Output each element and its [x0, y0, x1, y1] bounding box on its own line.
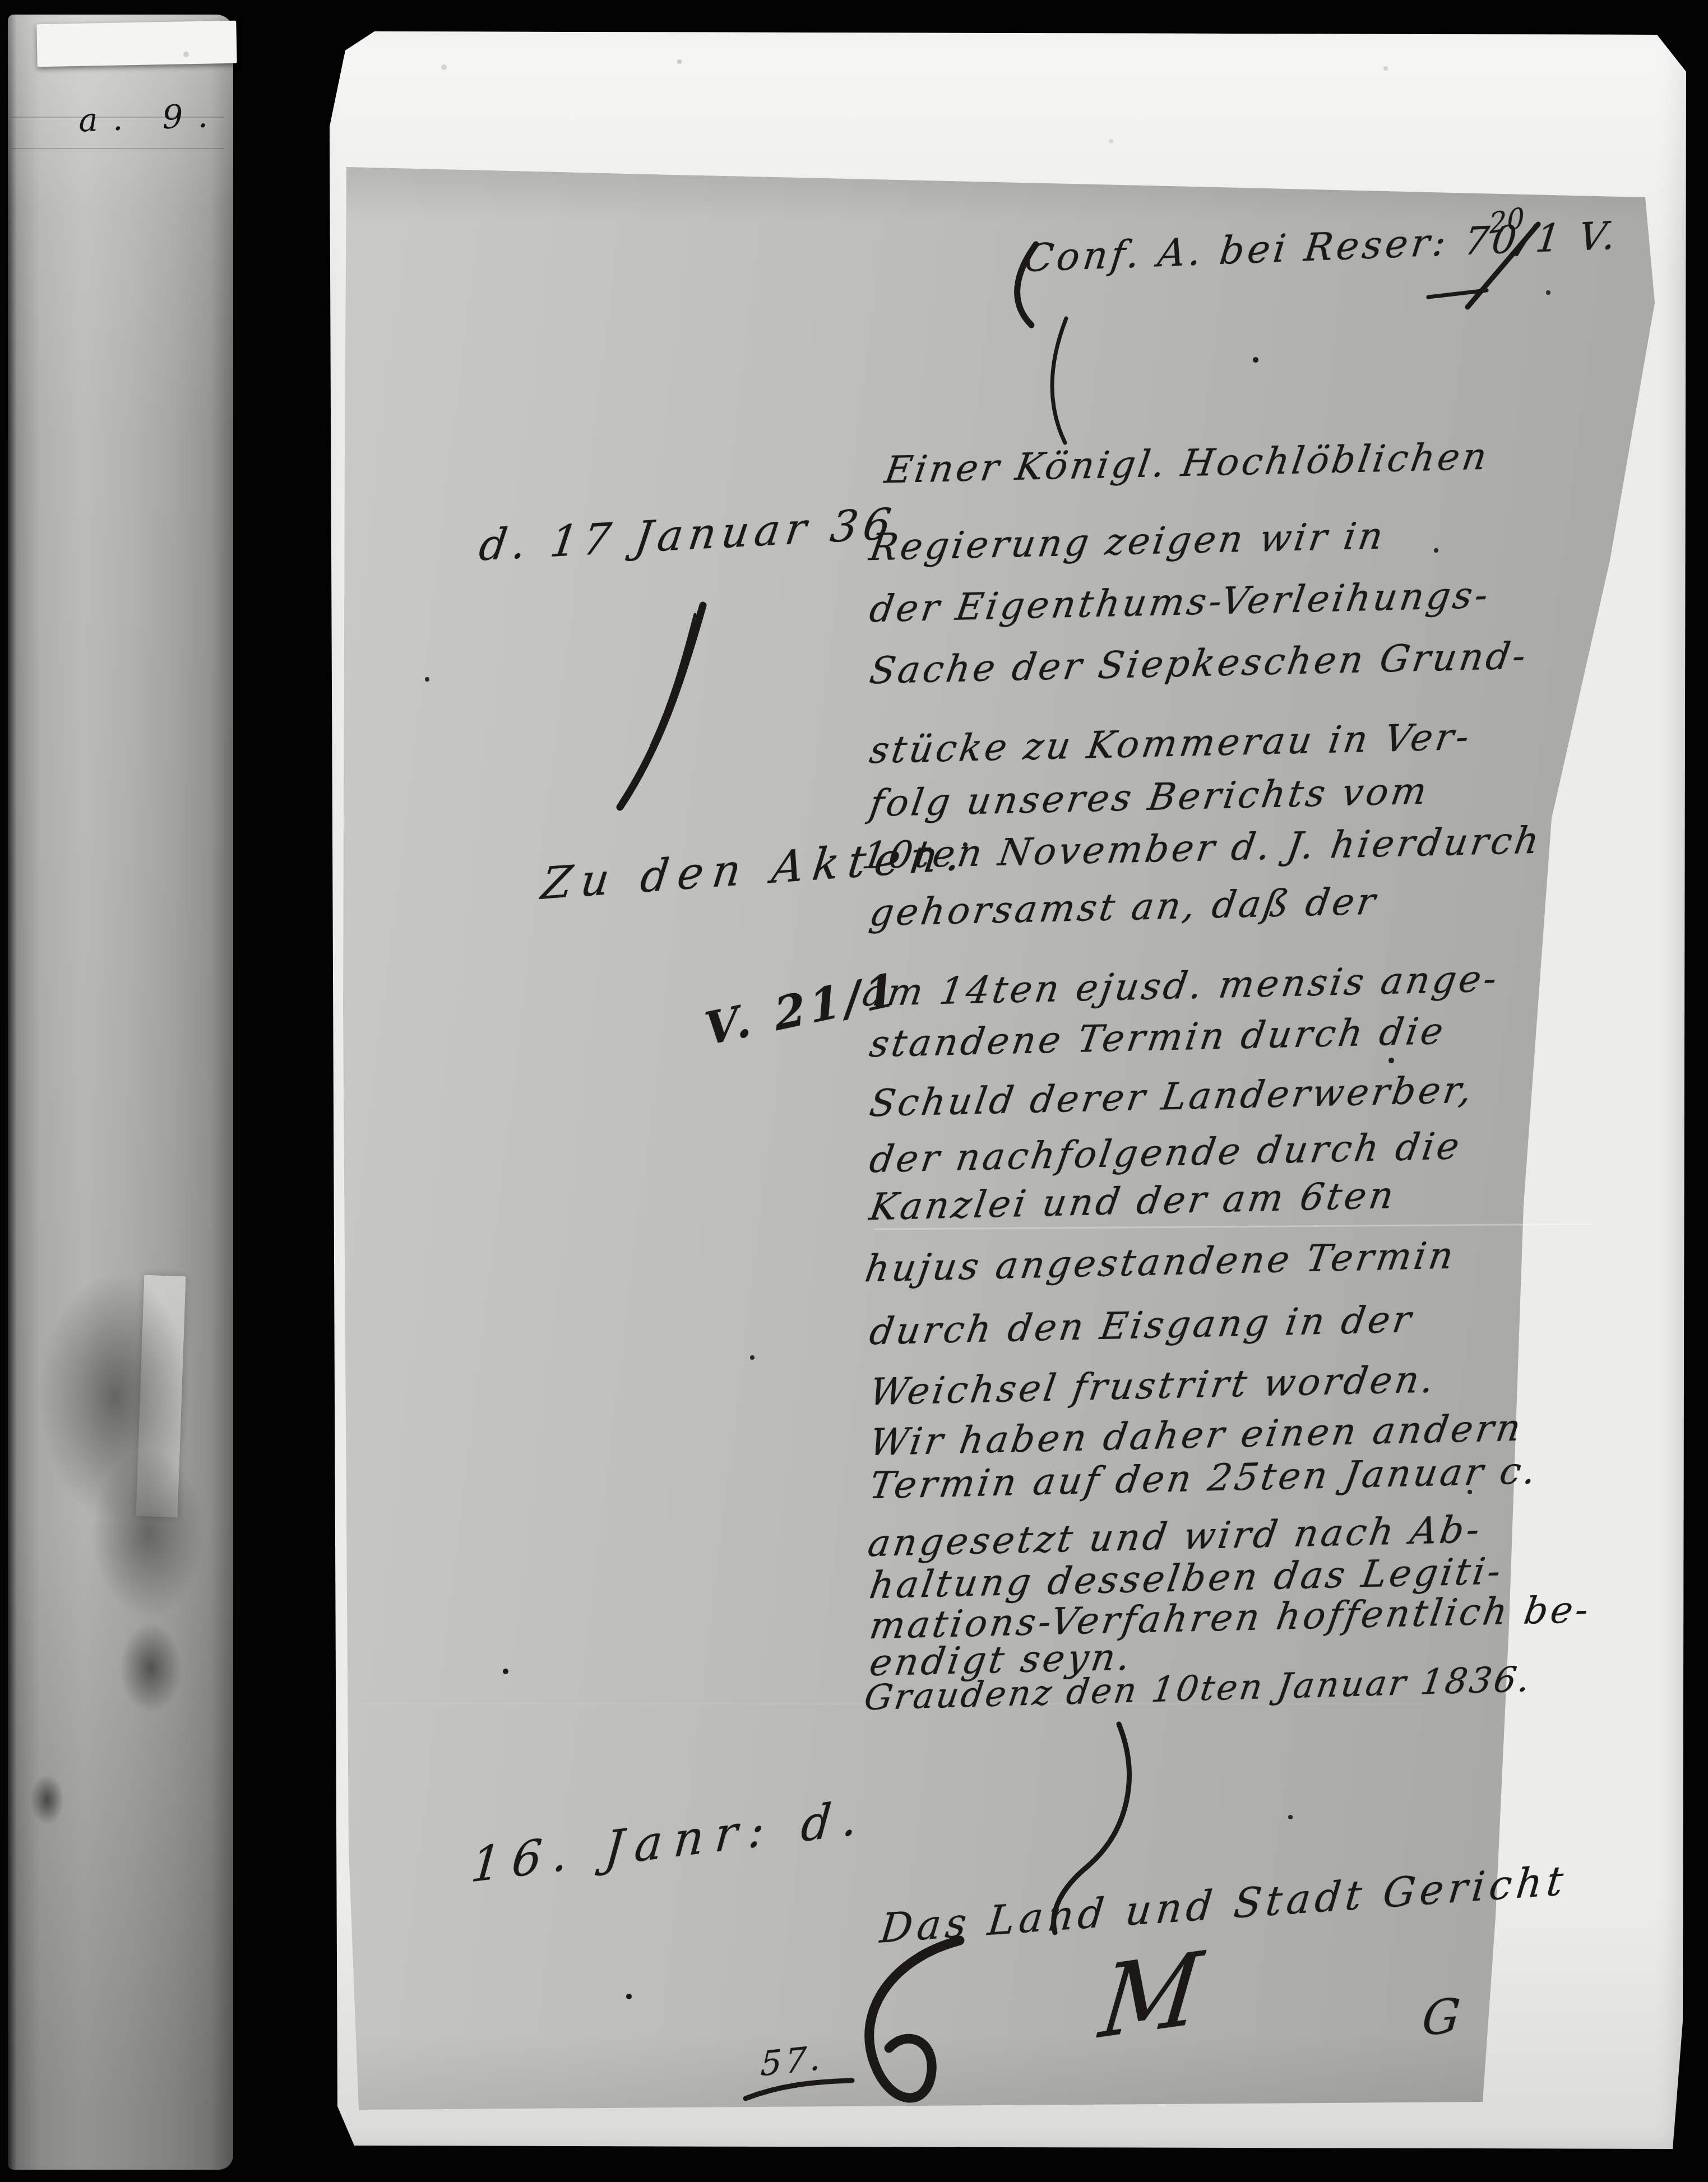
- page-number: 20: [1489, 201, 1525, 240]
- dust-speckles: [0, 0, 2, 2]
- spine-ink-marks: a. 9.: [78, 96, 223, 140]
- signature-initial-right: G: [1420, 1988, 1462, 2046]
- folio-number: 57.: [760, 2038, 825, 2084]
- spine-label: [36, 21, 237, 67]
- archival-photo: a. 9. Conf. A. bei Reser: 70/1 V. 20 d. …: [0, 0, 1708, 2182]
- spine-stain: [92, 1449, 204, 1618]
- book-spine: a. 9.: [8, 15, 233, 2170]
- spine-stain: [30, 1775, 64, 1825]
- spine-stain: [120, 1623, 182, 1713]
- signature-initial-left: M: [1095, 1931, 1206, 2061]
- spine-rule-line: [11, 148, 224, 149]
